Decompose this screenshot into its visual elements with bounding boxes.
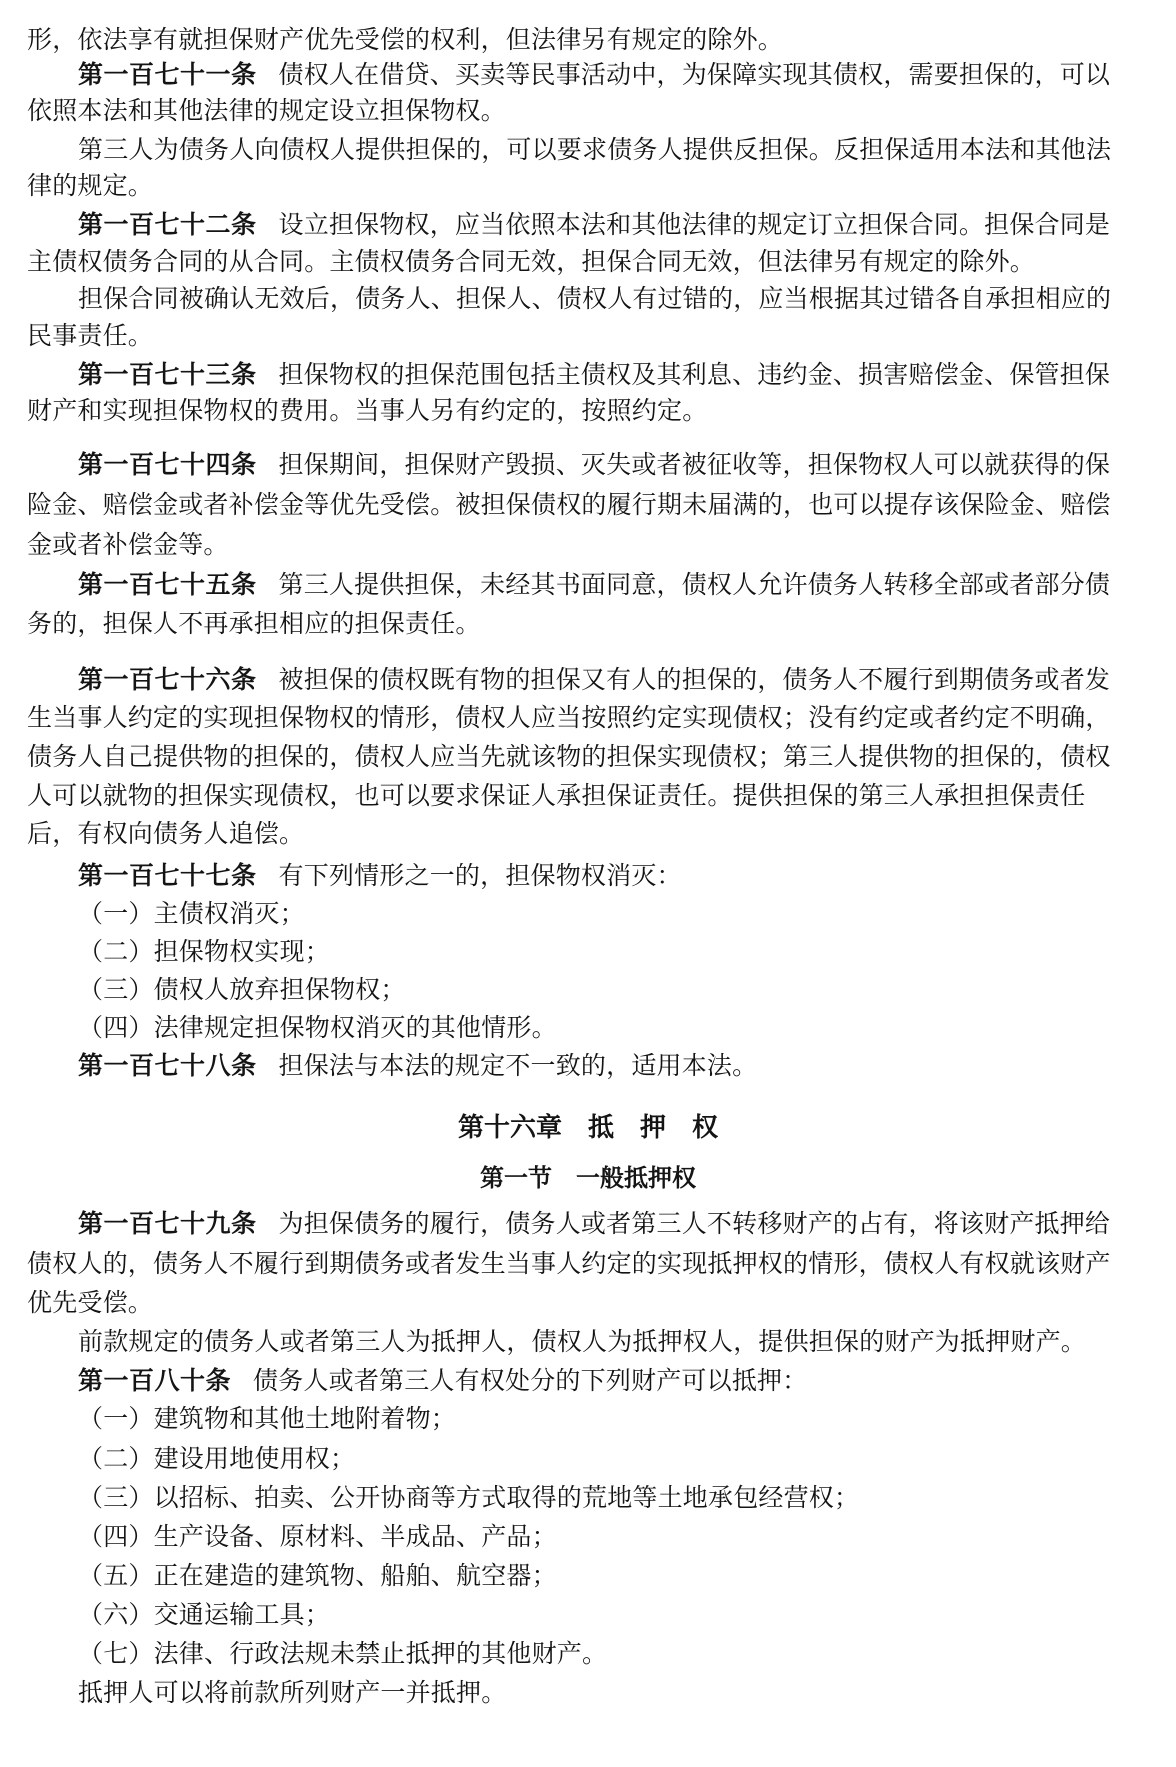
article-text: 担保法与本法的规定不一致的，适用本法。 xyxy=(279,1051,758,1080)
list-item: （一）主债权消灭； xyxy=(78,896,305,932)
article-text: 设立担保物权，应当依照本法和其他法律的规定订立担保合同。担保合同是 xyxy=(279,210,1111,239)
paragraph-line: 人可以就物的担保实现债权，也可以要求保证人承担保证责任。提供担保的第三人承担担保… xyxy=(27,778,1085,814)
list-item: （六）交通运输工具； xyxy=(78,1597,330,1633)
article-number: 第一百七十五条 xyxy=(78,570,257,599)
paragraph-line: 依照本法和其他法律的规定设立担保物权。 xyxy=(27,93,506,129)
list-item: （七）法律、行政法规未禁止抵押的其他财产。 xyxy=(78,1636,607,1672)
article-text: 担保期间，担保财产毁损、灭失或者被征收等，担保物权人可以就获得的保 xyxy=(279,450,1111,479)
section-heading: 第一节 一般抵押权 xyxy=(0,1160,1176,1196)
article-number: 第一百七十三条 xyxy=(78,360,257,389)
article-178: 第一百七十八条担保法与本法的规定不一致的，适用本法。 xyxy=(78,1048,757,1084)
list-item: （五）正在建造的建筑物、船舶、航空器； xyxy=(78,1558,557,1594)
paragraph-line: 民事责任。 xyxy=(27,318,153,354)
paragraph-line: 担保合同被确认无效后，债务人、担保人、债权人有过错的，应当根据其过错各自承担相应… xyxy=(78,281,1111,317)
article-172: 第一百七十二条设立担保物权，应当依照本法和其他法律的规定订立担保合同。担保合同是 xyxy=(78,207,1110,243)
paragraph-line: 务的，担保人不再承担相应的担保责任。 xyxy=(27,606,481,642)
article-number: 第一百七十九条 xyxy=(78,1209,257,1238)
article-text: 担保物权的担保范围包括主债权及其利息、违约金、损害赔偿金、保管担保 xyxy=(279,360,1111,389)
paragraph-line: 险金、赔偿金或者补偿金等优先受偿。被担保债权的履行期未届满的，也可以提存该保险金… xyxy=(27,487,1111,523)
document-page: 形，依法享有就担保财产优先受偿的权利，但法律另有规定的除外。 第一百七十一条债权… xyxy=(0,0,1176,1767)
list-item: （三）债权人放弃担保物权； xyxy=(78,972,406,1008)
article-text: 债权人在借贷、买卖等民事活动中，为保障实现其债权，需要担保的，可以 xyxy=(279,60,1111,89)
article-171: 第一百七十一条债权人在借贷、买卖等民事活动中，为保障实现其债权，需要担保的，可以 xyxy=(78,57,1148,93)
list-item: （三）以招标、拍卖、公开协商等方式取得的荒地等土地承包经营权； xyxy=(78,1480,859,1516)
paragraph-line: 金或者补偿金等。 xyxy=(27,527,229,563)
article-173: 第一百七十三条担保物权的担保范围包括主债权及其利息、违约金、损害赔偿金、保管担保 xyxy=(78,357,1110,393)
article-text: 为担保债务的履行，债务人或者第三人不转移财产的占有，将该财产抵押给 xyxy=(279,1209,1111,1238)
paragraph-line: 债权人的，债务人不履行到期债务或者发生当事人约定的实现抵押权的情形，债权人有权就… xyxy=(27,1246,1111,1282)
paragraph-line: 律的规定。 xyxy=(27,168,153,204)
paragraph-line: 前款规定的债务人或者第三人为抵押人，债权人为抵押权人，提供担保的财产为抵押财产。 xyxy=(78,1324,1086,1360)
article-number: 第一百七十一条 xyxy=(78,60,257,89)
paragraph-line: 第三人为债务人向债权人提供担保的，可以要求债务人提供反担保。反担保适用本法和其他… xyxy=(78,132,1111,168)
paragraph-line: 优先受偿。 xyxy=(27,1285,153,1321)
article-text: 被担保的债权既有物的担保又有人的担保的，债务人不履行到期债务或者发 xyxy=(279,665,1111,694)
article-text: 债务人或者第三人有权处分的下列财产可以抵押： xyxy=(253,1366,807,1395)
article-number: 第一百七十六条 xyxy=(78,665,257,694)
article-177: 第一百七十七条有下列情形之一的，担保物权消灭： xyxy=(78,858,682,894)
paragraph-line: 形，依法享有就担保财产优先受偿的权利，但法律另有规定的除外。 xyxy=(27,22,783,58)
article-text: 有下列情形之一的，担保物权消灭： xyxy=(279,861,682,890)
article-number: 第一百七十八条 xyxy=(78,1051,257,1080)
article-174: 第一百七十四条担保期间，担保财产毁损、灭失或者被征收等，担保物权人可以就获得的保 xyxy=(78,447,1110,483)
paragraph-line: 主债权债务合同的从合同。主债权债务合同无效，担保合同无效，但法律另有规定的除外。 xyxy=(27,244,1035,280)
list-item: （四）法律规定担保物权消灭的其他情形。 xyxy=(78,1010,557,1046)
paragraph-line: 生当事人约定的实现担保物权的情形，债权人应当按照约定实现债权；没有约定或者约定不… xyxy=(27,700,1111,736)
list-item: （二）建设用地使用权； xyxy=(78,1441,355,1477)
article-176: 第一百七十六条被担保的债权既有物的担保又有人的担保的，债务人不履行到期债务或者发 xyxy=(78,662,1110,698)
article-text: 第三人提供担保，未经其书面同意，债权人允许债务人转移全部或者部分债 xyxy=(279,570,1111,599)
chapter-heading: 第十六章 抵 押 权 xyxy=(0,1108,1176,1148)
list-item: （四）生产设备、原材料、半成品、产品； xyxy=(78,1519,557,1555)
paragraph-line: 债务人自己提供物的担保的，债权人应当先就该物的担保实现债权；第三人提供物的担保的… xyxy=(27,739,1111,775)
article-number: 第一百八十条 xyxy=(78,1366,231,1395)
paragraph-line: 财产和实现担保物权的费用。当事人另有约定的，按照约定。 xyxy=(27,393,707,429)
article-180: 第一百八十条债务人或者第三人有权处分的下列财产可以抵押： xyxy=(78,1363,807,1399)
article-number: 第一百七十七条 xyxy=(78,861,257,890)
list-item: （二）担保物权实现； xyxy=(78,934,330,970)
article-175: 第一百七十五条第三人提供担保，未经其书面同意，债权人允许债务人转移全部或者部分债 xyxy=(78,567,1110,603)
article-number: 第一百七十二条 xyxy=(78,210,257,239)
paragraph-line: 后，有权向债务人追偿。 xyxy=(27,816,304,852)
article-179: 第一百七十九条为担保债务的履行，债务人或者第三人不转移财产的占有，将该财产抵押给 xyxy=(78,1206,1110,1242)
article-number: 第一百七十四条 xyxy=(78,450,257,479)
list-item: （一）建筑物和其他土地附着物； xyxy=(78,1401,456,1437)
paragraph-line: 抵押人可以将前款所列财产一并抵押。 xyxy=(78,1675,506,1711)
